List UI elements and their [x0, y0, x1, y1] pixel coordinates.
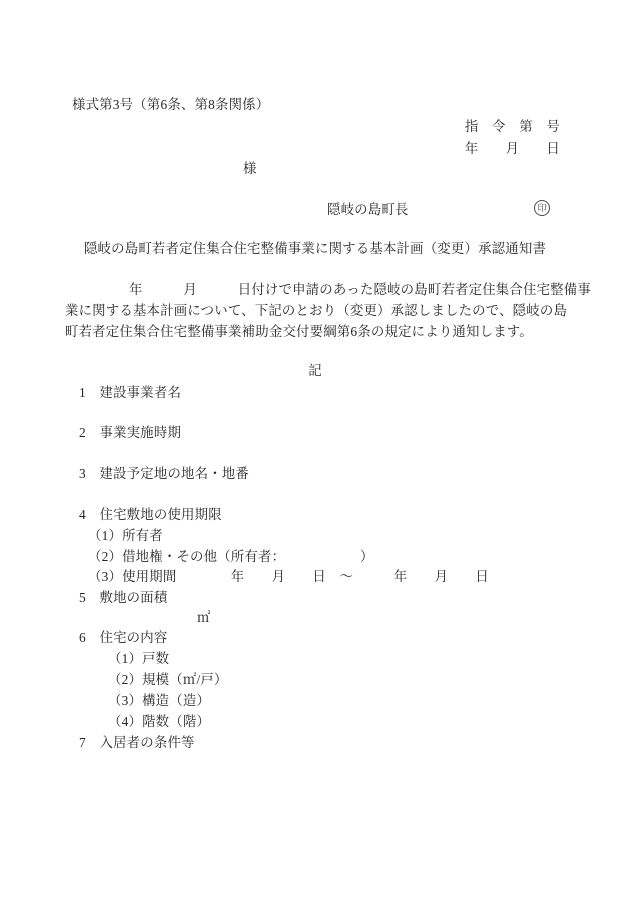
body-paragraph-line-2: 業に関する基本計画について、下記のとおり（変更）承認しましたので、隠岐の島 — [65, 303, 567, 318]
item-construction-site: 3 建設予定地の地名・地番 — [79, 466, 249, 481]
item-leasehold-other: （2）借地権・その他（所有者： ） — [88, 549, 374, 564]
body-paragraph-line-3: 町若者定住集合住宅整備事業補助金交付要綱第6条の規定により通知します。 — [65, 324, 533, 339]
document-title: 隠岐の島町若者定住集合住宅整備事業に関する基本計画（変更）承認通知書 — [0, 241, 630, 256]
form-number: 様式第3号（第6条、第8条関係） — [72, 97, 269, 112]
item-land-use-term: 4 住宅敷地の使用期限 — [79, 507, 222, 522]
notice-document-page: 様式第3号（第6条、第8条関係） 指 令 第 号 年 月 日 様 隠岐の島町長 … — [0, 0, 630, 915]
body-paragraph-line-1: 年 月 日付けで申請のあった隠岐の島町若者定住集合住宅整備事 — [65, 282, 591, 297]
square-meter-unit: ㎡ — [197, 610, 211, 625]
item-land-owner: （1）所有者 — [88, 528, 163, 543]
sender-title: 隠岐の島町長 — [327, 202, 409, 217]
item-unit-count: （1）戸数 — [108, 651, 169, 666]
item-site-area: 5 敷地の面積 — [79, 590, 167, 605]
item-tenant-conditions: 7 入居者の条件等 — [79, 735, 195, 750]
item-use-period: （3）使用期間 年 月 日 ～ 年 月 日 — [88, 569, 489, 584]
issuance-date-line: 年 月 日 — [465, 141, 560, 156]
seal-stamp-icon: 印 — [534, 200, 550, 216]
item-floors: （4）階数（階） — [108, 714, 210, 729]
record-marker: 記 — [0, 363, 630, 378]
item-builder-name: 1 建設事業者名 — [79, 385, 181, 400]
item-implementation-period: 2 事業実施時期 — [79, 425, 181, 440]
item-scale: （2）規模（㎡/戸） — [108, 672, 228, 687]
addressee-honorific: 様 — [243, 161, 257, 176]
item-structure: （3）構造（造） — [108, 693, 210, 708]
item-housing-details: 6 住宅の内容 — [79, 630, 167, 645]
directive-number-line: 指 令 第 号 — [465, 119, 560, 134]
